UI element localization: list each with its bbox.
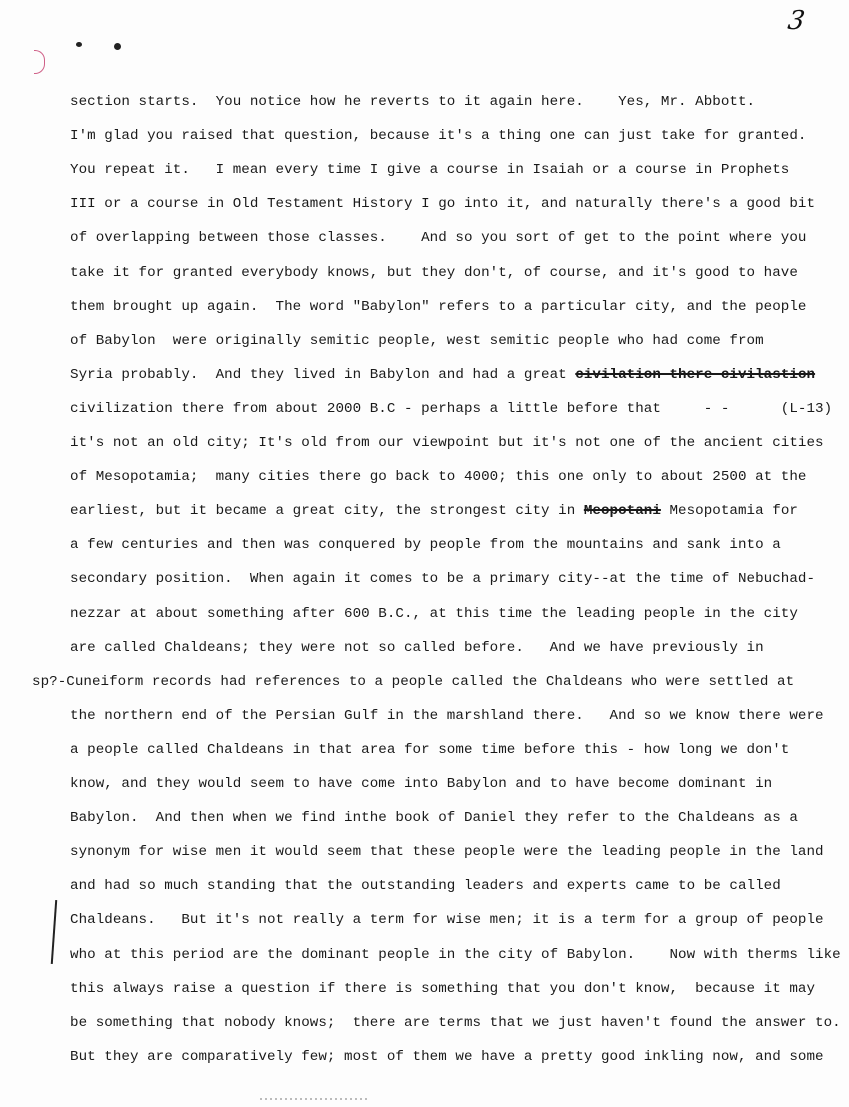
struck-text: civilation there civilastion [575, 367, 815, 383]
text-line: I'm glad you raised that question, becau… [70, 128, 807, 144]
ink-smudge [76, 42, 82, 47]
text-line: earliest, but it became a great city, th… [70, 503, 798, 519]
text-line: a people called Chaldeans in that area f… [70, 742, 789, 758]
text-line: section starts. You notice how he revert… [70, 94, 755, 110]
text-line: nezzar at about something after 600 B.C.… [70, 606, 798, 622]
text-line: and had so much standing that the outsta… [70, 878, 781, 894]
text-line: are called Chaldeans; they were not so c… [70, 640, 764, 656]
text-line: of Mesopotamia; many cities there go bac… [70, 469, 807, 485]
page-number: 3 [786, 6, 807, 36]
ink-smudge [114, 43, 121, 50]
text-segment: Syria probably. And they lived in Babylo… [70, 367, 575, 383]
struck-text: Meopotani [584, 503, 661, 519]
text-line: III or a course in Old Testament History… [70, 196, 815, 212]
text-line: it's not an old city; It's old from our … [70, 435, 824, 451]
text-segment: earliest, but it became a great city, th… [70, 503, 584, 519]
typewritten-page: 3 section starts. You notice how he reve… [0, 0, 849, 1107]
text-line: But they are comparatively few; most of … [70, 1049, 824, 1065]
text-line: civilization there from about 2000 B.C -… [70, 401, 832, 417]
margin-mark [34, 50, 45, 74]
text-line: sp?-Cuneiform records had references to … [32, 674, 794, 690]
text-line: take it for granted everybody knows, but… [70, 265, 798, 281]
text-line: them brought up again. The word "Babylon… [70, 299, 807, 315]
faint-marks [260, 1098, 370, 1100]
text-line: who at this period are the dominant peop… [70, 947, 841, 963]
text-line: the northern end of the Persian Gulf in … [70, 708, 824, 724]
margin-line [51, 900, 57, 964]
text-line: a few centuries and then was conquered b… [70, 537, 781, 553]
text-line: Babylon. And then when we find inthe boo… [70, 810, 798, 826]
text-line: Syria probably. And they lived in Babylo… [70, 367, 815, 383]
text-line: be something that nobody knows; there ar… [70, 1015, 841, 1031]
text-line: synonym for wise men it would seem that … [70, 844, 824, 860]
text-line: this always raise a question if there is… [70, 981, 815, 997]
text-line: You repeat it. I mean every time I give … [70, 162, 789, 178]
text-line: of overlapping between those classes. An… [70, 230, 807, 246]
text-segment: Mesopotamia for [661, 503, 798, 519]
text-line: know, and they would seem to have come i… [70, 776, 772, 792]
text-line: secondary position. When again it comes … [70, 571, 815, 587]
text-line: of Babylon were originally semitic peopl… [70, 333, 764, 349]
text-line: Chaldeans. But it's not really a term fo… [70, 912, 824, 928]
